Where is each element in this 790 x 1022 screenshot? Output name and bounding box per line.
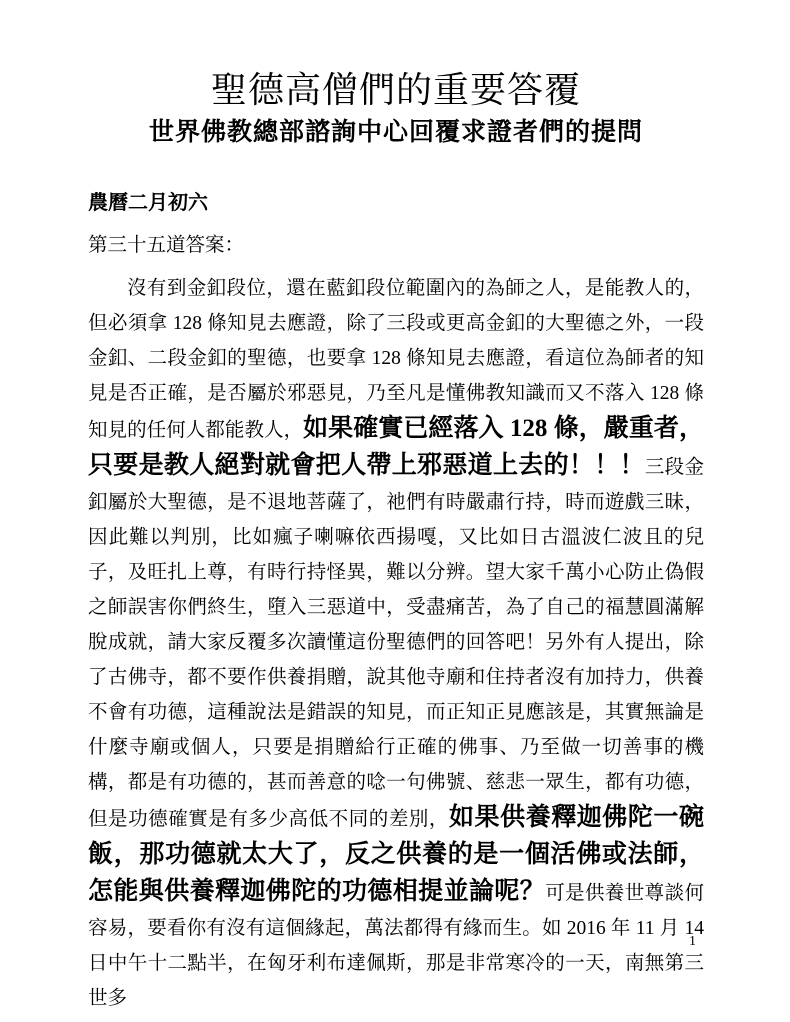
document-subtitle: 世界佛教總部諮詢中心回覆求證者們的提問 — [88, 117, 704, 150]
lunar-date-heading: 農曆二月初六 — [88, 190, 704, 216]
answer-body-paragraph: 沒有到金釦段位，還在藍釦段位範圍內的為師之人，是能教人的，但必須拿 128 條知… — [88, 271, 704, 1016]
page-number: 1 — [689, 934, 696, 950]
answer-number-heading: 第三十五道答案： — [88, 233, 704, 258]
document-title: 聖德高僧們的重要答覆 — [88, 70, 704, 111]
document-page: 聖德高僧們的重要答覆 世界佛教總部諮詢中心回覆求證者們的提問 農曆二月初六 第三… — [0, 0, 790, 1022]
paragraph-segment: 三段金釦屬於大聖德，是不退地菩薩了，祂們有時嚴肅行持，時而遊戲三昧，因此難以判別… — [88, 457, 704, 830]
